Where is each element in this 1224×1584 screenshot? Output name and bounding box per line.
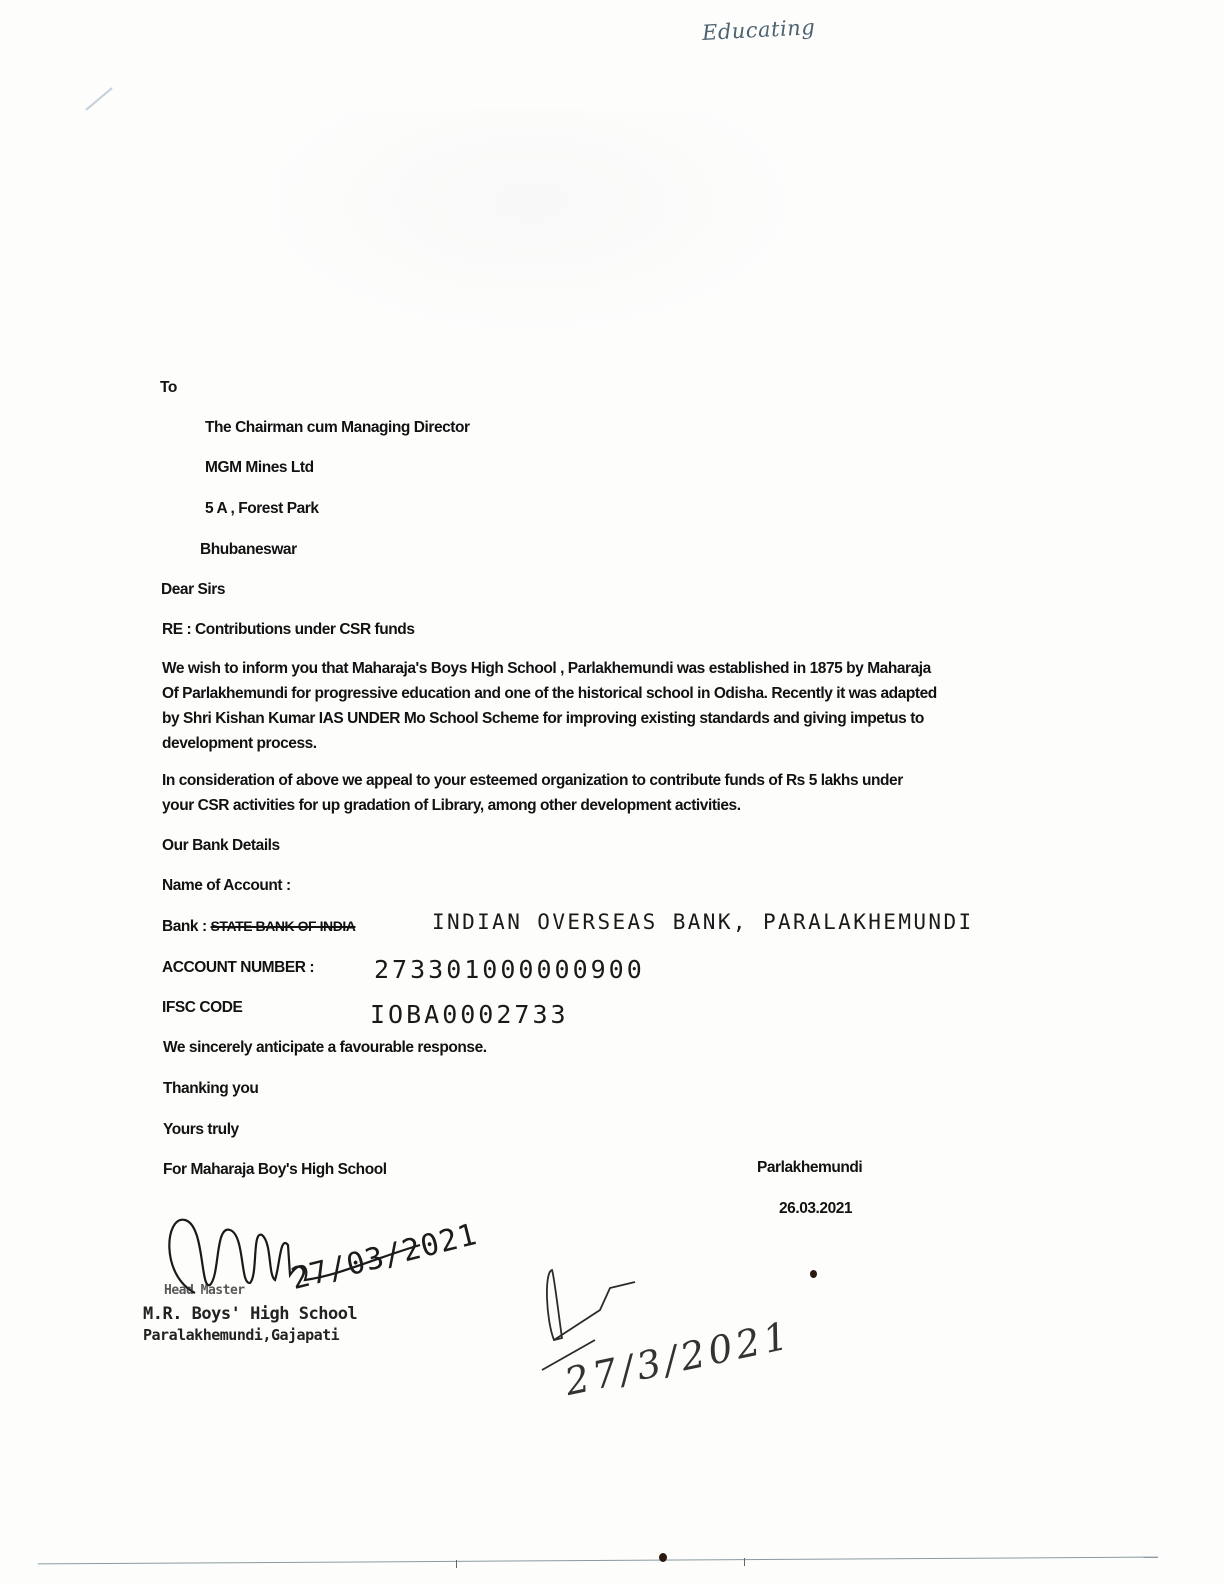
scan-bleed-through	[250, 110, 810, 340]
recipient-company: MGM Mines Ltd	[205, 458, 314, 478]
stamp-designation: Head Master	[164, 1283, 245, 1298]
salutation-to: To	[160, 378, 177, 398]
handwritten-account-number: 273301000000900	[374, 955, 645, 984]
recipient-address: 5 A , Forest Park	[205, 499, 319, 519]
recipient-city: Bhubaneswar	[200, 540, 297, 560]
account-name-label: Name of Account :	[162, 876, 291, 896]
stamp-location: Paralakhemundi,Gajapati	[143, 1326, 339, 1344]
body-paragraph-1: We wish to inform you that Maharaja's Bo…	[162, 656, 937, 756]
bank-row: Bank : STATE BANK OF INDIA	[162, 916, 355, 937]
scan-edge-tick	[744, 1558, 745, 1566]
ink-dot	[659, 1553, 667, 1562]
bank-details-heading: Our Bank Details	[162, 836, 280, 856]
struck-bank-name: STATE BANK OF INDIA	[211, 918, 356, 934]
account-number-label: ACCOUNT NUMBER :	[162, 958, 314, 978]
greeting: Dear Sirs	[161, 580, 225, 600]
recipient-title: The Chairman cum Managing Director	[205, 418, 470, 438]
scan-edge-line	[38, 1557, 1158, 1565]
handwritten-annotation: Educating	[701, 15, 815, 45]
subject-line: RE : Contributions under CSR funds	[162, 620, 414, 640]
scan-edge-tick	[456, 1560, 457, 1568]
handwritten-bank-name: INDIAN OVERSEAS BANK, PARALAKHEMUNDI	[432, 910, 974, 934]
ink-dot	[810, 1270, 817, 1278]
bank-label: Bank :	[162, 918, 207, 935]
pen-mark	[85, 87, 112, 110]
handwritten-ifsc-code: IOBA0002733	[370, 1000, 569, 1029]
sender-line: For Maharaja Boy's High School	[163, 1160, 387, 1180]
place: Parlakhemundi	[757, 1158, 862, 1178]
ifsc-label: IFSC CODE	[162, 998, 242, 1018]
stamp-school-name: M.R. Boys' High School	[143, 1304, 357, 1324]
sign-off: Yours truly	[163, 1120, 239, 1140]
closing-line: We sincerely anticipate a favourable res…	[163, 1038, 487, 1058]
thanks-line: Thanking you	[163, 1079, 258, 1099]
letter-date: 26.03.2021	[779, 1199, 852, 1219]
body-paragraph-2: In consideration of above we appeal to y…	[162, 768, 937, 818]
